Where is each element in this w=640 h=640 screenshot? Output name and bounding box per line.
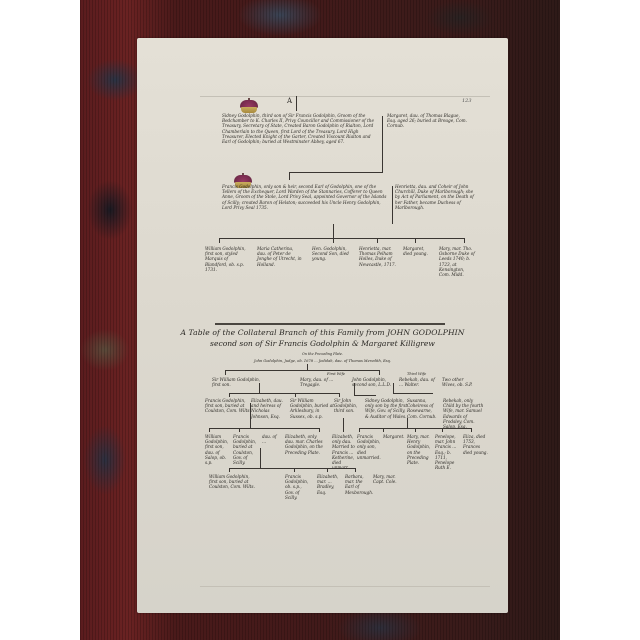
- wife-label: Third Wife: [407, 372, 437, 376]
- tree-line: [354, 383, 355, 395]
- tree-line: [229, 468, 230, 472]
- tree-line: [442, 428, 443, 432]
- tree-line: [319, 428, 320, 432]
- tree-line: [407, 418, 408, 428]
- tree-line: [219, 238, 220, 243]
- gen3-entry: Mary, mar. Henry Godolphin, on the Prece…: [407, 434, 433, 465]
- child-entry: Mary, mar. Tho. Osborne Duke of Leeds 17…: [439, 246, 475, 277]
- gen2-entry: Francis Godolphin, first son, buried at …: [205, 398, 251, 414]
- gen3-entry: Penelope, mar. John Francis ... Esq.; b.…: [435, 434, 461, 470]
- gen3-entry: Francis Godolphin, buried at Coulston, G…: [233, 434, 259, 465]
- tree-line: [209, 428, 210, 432]
- entry-sidney-godolphin: Sidney Godolphin, third son of Sir Franc…: [222, 113, 380, 144]
- tree-line: [260, 448, 261, 468]
- gen1-entry: John Godolphin, second son, L.L.D.: [352, 377, 394, 387]
- gen3-entry: dau. of ...: [262, 434, 280, 444]
- gen3-entry: Margaret.: [383, 434, 405, 439]
- gen2-entry: Sir William Godolphin, buried at Arklesb…: [290, 398, 335, 419]
- tree-line: [250, 403, 251, 428]
- tree-line: [393, 393, 433, 394]
- tree-line: [379, 370, 380, 375]
- tree-line: [289, 172, 383, 173]
- tree-line: [383, 428, 384, 432]
- gen1-entry: Mary, dau. of ... Tregagle.: [300, 377, 340, 387]
- table-subtitle: second son of Sir Francis Godolphin & Ma…: [137, 339, 508, 348]
- entry-henrietta-churchill: Henrietta, dau. and Coheir of John Churc…: [395, 184, 475, 210]
- child-entry: Margaret, died young.: [403, 246, 433, 256]
- gen4-entry: Mary, mar. Capt. Cole.: [373, 474, 397, 484]
- tree-line: [392, 186, 393, 224]
- tree-line: [471, 428, 472, 432]
- tree-line: [393, 383, 394, 393]
- gen3-entry: Eliza, died 1753, Frances died young.: [463, 434, 489, 455]
- tree-line: [225, 370, 226, 375]
- gen1-entry: Sir William Godolphin, first son.: [212, 377, 262, 387]
- gen4-entry: Barbara, mar. the Earl of Mexborough.: [345, 474, 369, 495]
- tree-line: [359, 428, 360, 432]
- tree-line: [343, 418, 344, 432]
- gen2-entry: Sir John Godolphin, third son.: [334, 398, 356, 414]
- tree-line: [229, 393, 230, 397]
- gen2-entry: Elizabeth, dau. and heiress of Nicholas …: [251, 398, 287, 419]
- tree-line: [294, 468, 295, 472]
- gen2-entry: Susanna, Coheiress of Rosewarne, Com. Co…: [407, 398, 437, 419]
- page-number: 123: [462, 98, 472, 104]
- tree-line: [327, 468, 328, 472]
- gen2-entry: Rebekah, only Child by the fourth Wife, …: [443, 398, 485, 429]
- tree-line: [289, 172, 290, 180]
- gen1-entry: Rebekah, dau. of ... Walter.: [399, 377, 439, 387]
- gen4-entry: William Godolphin, first son, buried at …: [209, 474, 255, 490]
- tree-line: [415, 238, 416, 243]
- tree-line: [333, 224, 334, 238]
- section-letter: A: [287, 97, 292, 105]
- tree-line: [229, 393, 339, 394]
- tree-line: [295, 393, 296, 397]
- tree-line: [259, 383, 260, 393]
- gen3-entry: Elizabeth, only dau. Married to Francis …: [332, 434, 356, 470]
- genealogy-page: A 123 Sidney Godolphin, third son of Sir…: [137, 38, 508, 613]
- tree-line: [219, 238, 464, 239]
- coronet-icon: [238, 98, 260, 114]
- tree-line: [382, 116, 383, 172]
- tree-line: [333, 238, 334, 243]
- child-entry: William Godolphin, first son, styled Mar…: [205, 246, 251, 272]
- tree-line: [464, 238, 465, 243]
- tree-line: [229, 468, 355, 469]
- table-title: A Table of the Collateral Branch of this…: [137, 328, 508, 337]
- tree-line: [339, 393, 340, 397]
- entry-margaret-blague: Margaret, dau. of Thomas Blague, Esq. ag…: [387, 113, 469, 129]
- gen4-entry: Elizabeth, mar. ... Bradley, Esq.: [317, 474, 341, 495]
- tree-line: [415, 428, 416, 432]
- gen3-entry: William Godolphin, first son, dau. of Sa…: [205, 434, 231, 465]
- child-entry: Henrietta, mar. Thomas Pelham Holles, Du…: [359, 246, 397, 267]
- title-rule: [215, 323, 445, 325]
- tree-line: [225, 370, 379, 371]
- root-entry: John Godolphin, Judge, ob. 1678 ... Jedi…: [137, 359, 508, 363]
- tree-line: [377, 238, 378, 243]
- tree-line: [239, 428, 240, 432]
- tree-line: [355, 468, 356, 472]
- gen3-entry: Francis Godolphin, only son, died unmarr…: [357, 434, 381, 460]
- gen4-entry: Francis Godolphin, ob. s.p., Gov. of Sci…: [285, 474, 311, 500]
- child-entry: Hen. Godolphin, Second Son, died young.: [312, 246, 352, 262]
- tree-line: [296, 96, 297, 111]
- tree-line: [209, 428, 319, 429]
- tree-line: [354, 395, 376, 396]
- gen3-entry: Elizabeth, only dau. mar. Charles Godolp…: [285, 434, 325, 455]
- entry-francis-godolphin: Francis Godolphin, only son & heir, seco…: [222, 184, 390, 210]
- child-entry: Maria Catherina, dau. of Peter de Jonghe…: [257, 246, 303, 267]
- gen1-entry: Two other Wives, ob. S.P.: [442, 377, 478, 387]
- table-note: On the Preceding Plate.: [137, 352, 508, 356]
- gen2-entry: Sidney Godolphin, only son by the first …: [365, 398, 409, 419]
- wife-label: First Wife: [327, 372, 357, 376]
